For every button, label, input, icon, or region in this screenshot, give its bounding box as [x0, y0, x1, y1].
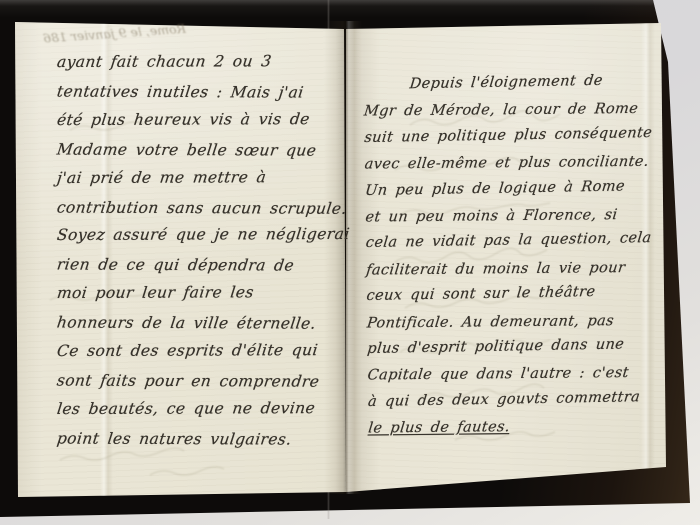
handwritten-line: Ce sont des esprits d'élite qui [55, 336, 349, 366]
handwritten-line: sont faits pour en comprendre [55, 366, 349, 396]
handwritten-line: Un peu plus de logique à Rome [364, 173, 655, 204]
handwritten-line: été plus heureux vis à vis de [55, 105, 349, 135]
photo-of-handwritten-letter: Rome, le 9 janvier 186 ayant fait chacun… [0, 0, 700, 525]
handwritten-line: Madame votre belle sœur que [55, 135, 349, 165]
handwritten-line: point les natures vulgaires. [55, 424, 349, 454]
handwritten-line: ceux qui sont sur le théâtre [365, 278, 656, 309]
handwritten-line: ayant fait chacun 2 ou 3 [55, 47, 349, 77]
handwritten-line: tentatives inutiles : Mais j'ai [55, 77, 349, 107]
handwritten-line: Soyez assuré que je ne négligerai [55, 220, 349, 250]
handwritten-line: honneurs de la ville éternelle. [55, 309, 349, 339]
handwritten-line: Depuis l'éloignement de [362, 67, 653, 98]
handwritten-line: moi pour leur faire les [55, 278, 349, 308]
handwritten-line: rien de ce qui dépendra de [55, 251, 349, 281]
handwritten-line: à qui des deux gouvts commettra [367, 384, 658, 415]
handwritten-line: plus d'esprit politique dans une [366, 331, 657, 362]
handwritten-line: contribution sans aucun scrupule. [55, 193, 349, 223]
handwritten-line: cela ne vidait pas la question, cela [364, 225, 655, 256]
handwriting-left-page: ayant fait chacun 2 ou 3 tentatives inut… [57, 48, 347, 453]
handwritten-line: le plus de fautes. [367, 413, 658, 442]
handwriting-right-page: Depuis l'éloignement de Mgr de Mérode, l… [363, 68, 656, 442]
handwritten-line: les beautés, ce que ne devine [55, 394, 349, 424]
handwritten-line: j'ai prié de me mettre à [55, 163, 349, 193]
handwritten-line: suit une politique plus conséquente [363, 120, 654, 151]
